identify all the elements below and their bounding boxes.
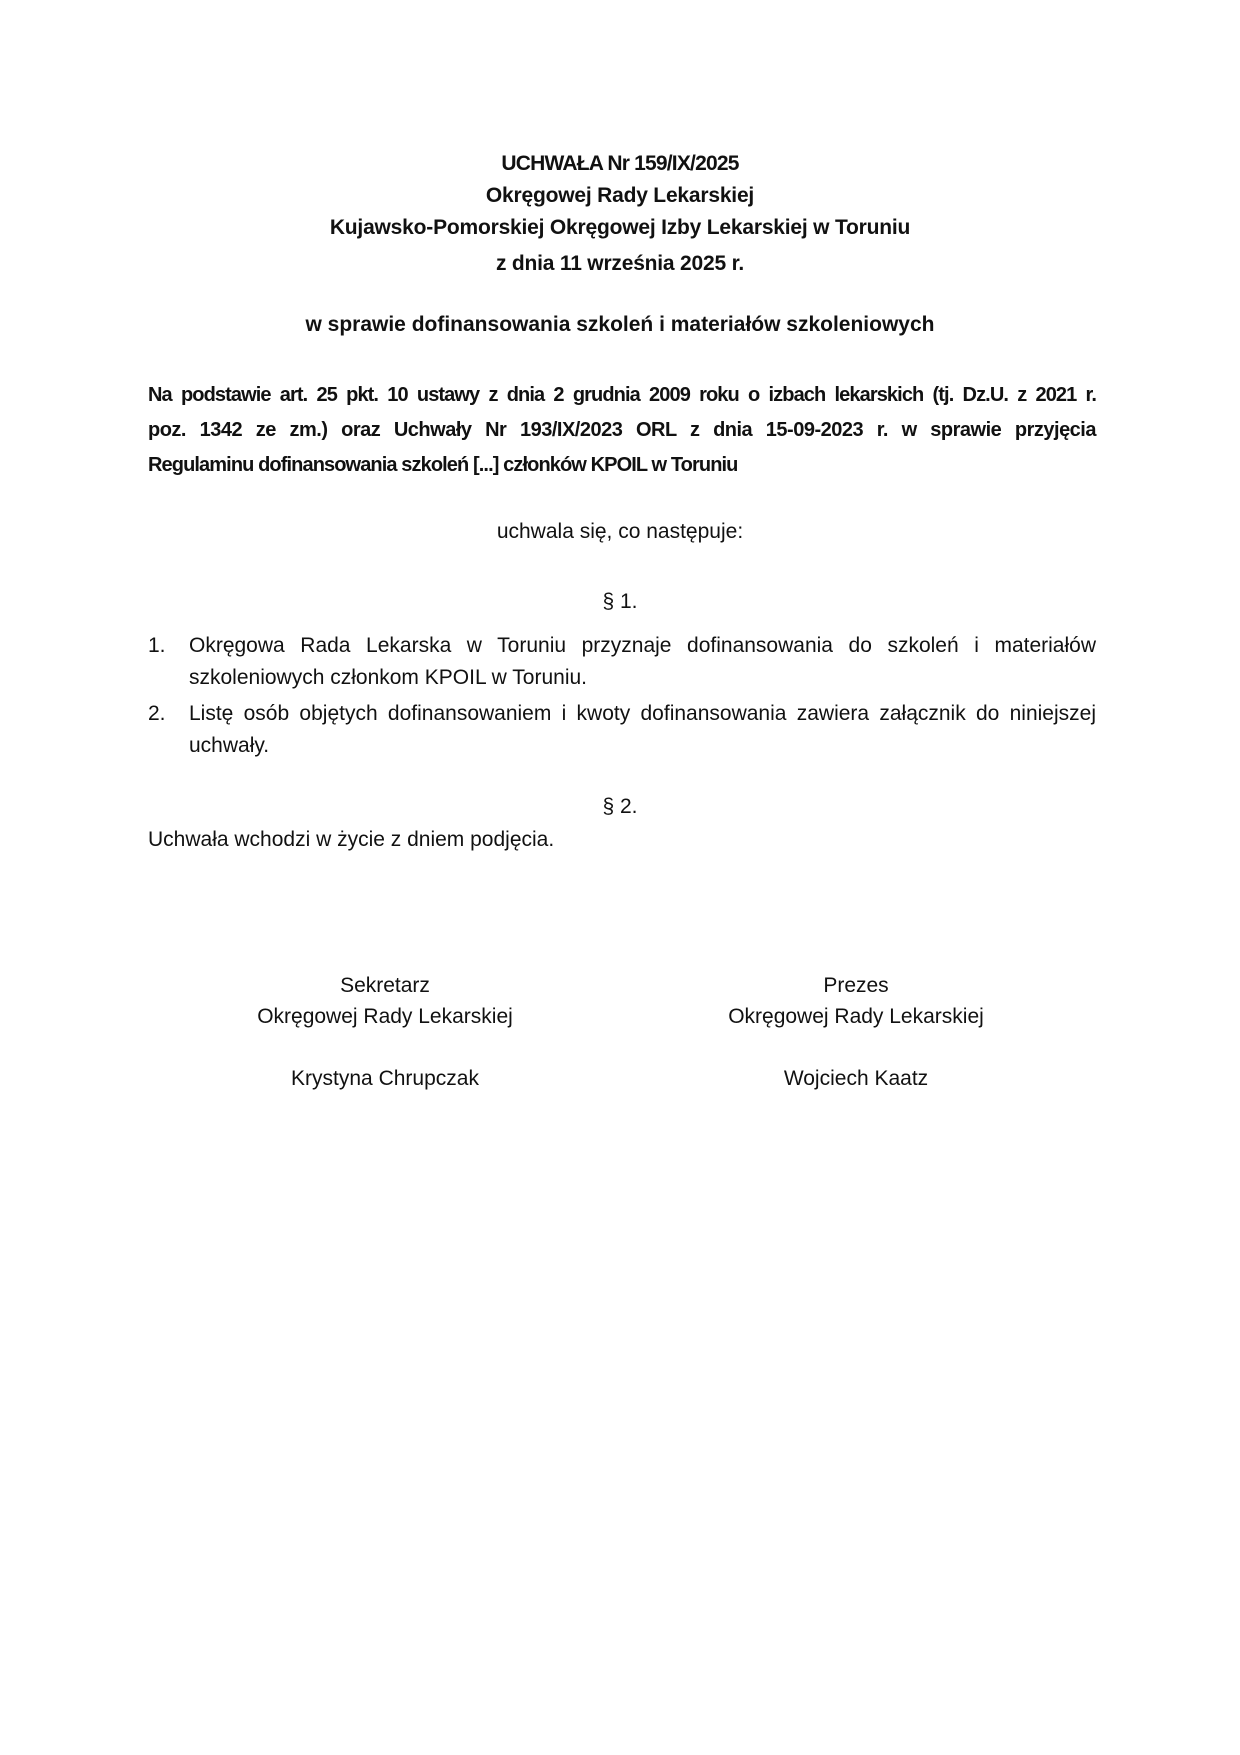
signature-president: Prezes Okręgowej Rady Lekarskiej Wojciec… [656,970,1056,1094]
list-item-number: 2. [148,698,166,730]
legal-basis-line1: Na podstawie art. 25 pkt. 10 ustawy z dn… [148,378,1096,413]
list-item-number: 1. [148,630,166,662]
legal-basis: Na podstawie art. 25 pkt. 10 ustawy z dn… [148,378,1096,483]
section-1-heading: § 1. [0,590,1240,614]
signature-secretary: Sekretarz Okręgowej Rady Lekarskiej Krys… [185,970,585,1094]
issuing-body-line1: Okręgowej Rady Lekarskiej [0,184,1240,208]
list-item: 1. Okręgowa Rada Lekarska w Toruniu przy… [148,630,1096,694]
resolution-number: UCHWAŁA Nr 159/IX/2025 [0,152,1240,176]
signature-role: Prezes [656,970,1056,1001]
signature-body: Okręgowej Rady Lekarskiej [185,1001,585,1032]
issuing-body-line2: Kujawsko-Pomorskiej Okręgowej Izby Lekar… [0,216,1240,240]
signature-body: Okręgowej Rady Lekarskiej [656,1001,1056,1032]
resolve-phrase: uchwala się, co następuje: [0,520,1240,544]
signature-name: Wojciech Kaatz [656,1063,1056,1094]
signature-name: Krystyna Chrupczak [185,1063,585,1094]
list-item: 2. Listę osób objętych dofinansowaniem i… [148,698,1096,762]
section-2-heading: § 2. [0,795,1240,819]
resolution-date: z dnia 11 września 2025 r. [0,252,1240,276]
legal-basis-line3: Regulaminu dofinansowania szkoleń [...] … [148,448,1096,483]
resolution-subject: w sprawie dofinansowania szkoleń i mater… [0,313,1240,337]
signature-role: Sekretarz [185,970,585,1001]
section-1-list: 1. Okręgowa Rada Lekarska w Toruniu przy… [148,630,1096,766]
list-item-text: Okręgowa Rada Lekarska w Toruniu przyzna… [189,634,1096,689]
legal-basis-line2: poz. 1342 ze zm.) oraz Uchwały Nr 193/IX… [148,413,1096,448]
list-item-text: Listę osób objętych dofinansowaniem i kw… [189,702,1096,757]
document-page: UCHWAŁA Nr 159/IX/2025 Okręgowej Rady Le… [0,0,1240,1755]
section-2-text: Uchwała wchodzi w życie z dniem podjęcia… [148,828,554,852]
